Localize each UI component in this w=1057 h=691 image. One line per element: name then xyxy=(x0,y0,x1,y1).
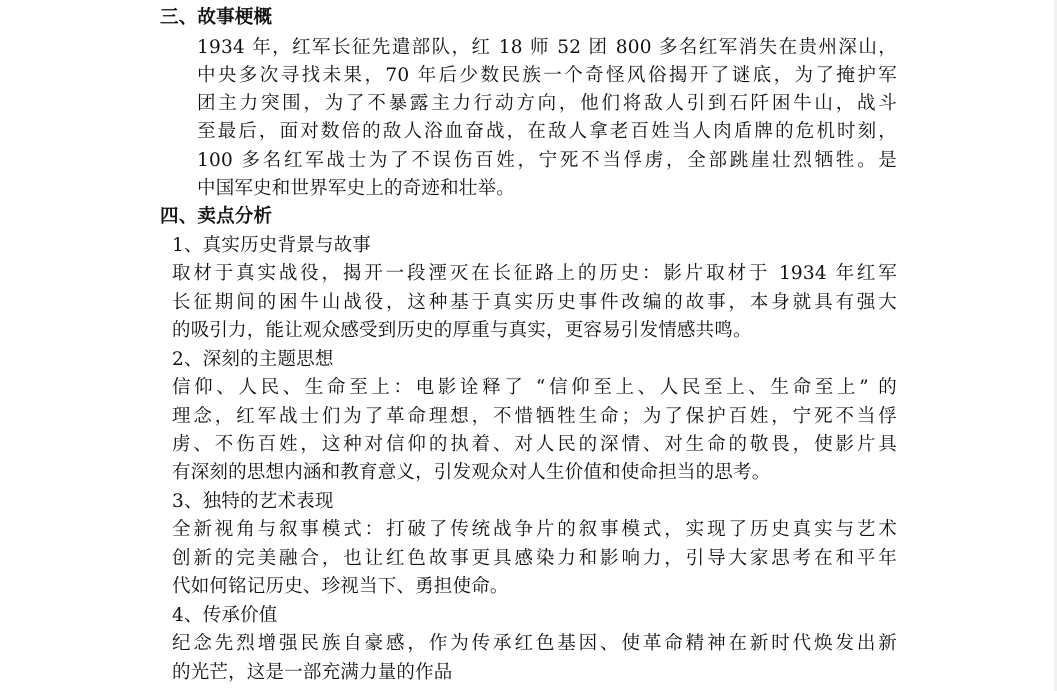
point-paragraph-line: 长征期间的困牛山战役，这种基于真实历史事件改编的故事，本身就具有强大 xyxy=(172,289,897,317)
point-paragraph-line: 代如何铭记历史、珍视当下、勇担使命。 xyxy=(172,573,897,601)
point-paragraph-line: 取材于真实战役，揭开一段湮灭在长征路上的历史：影片取材于 1934 年红军 xyxy=(172,260,897,288)
point-paragraph-line: 虏、不伤百姓，这种对信仰的执着、对人民的深情、对生命的敬畏，使影片具 xyxy=(172,431,897,459)
point-paragraph-line: 的吸引力，能让观众感受到历史的厚重与真实，更容易引发情感共鸣。 xyxy=(172,317,897,345)
synopsis-line: 中央多次寻找未果，70 年后少数民族一个奇怪风俗揭开了谜底，为了掩护军 xyxy=(197,62,897,90)
point-paragraph-line: 创新的完美融合，也让红色故事更具感染力和影响力，引导大家思考在和平年 xyxy=(172,545,897,573)
point-title: 4、传承价值 xyxy=(172,602,277,630)
synopsis-line: 1934 年，红军长征先遣部队，红 18 师 52 团 800 多名红军消失在贵… xyxy=(197,34,897,62)
point-title: 2、深刻的主题思想 xyxy=(172,346,334,374)
synopsis-line: 团主力突围，为了不暴露主力行动方向，他们将敌人引到石阡困牛山，战斗 xyxy=(197,90,897,118)
synopsis-line: 100 多名红军战士为了不误伤百姓，宁死不当俘虏，全部跳崖壮烈牺牲。是 xyxy=(197,147,897,175)
point-paragraph-line: 理念，红军战士们为了革命理想，不惜牺牲生命；为了保护百姓，宁死不当俘 xyxy=(172,403,897,431)
section-heading-selling-points: 四、卖点分析 xyxy=(160,203,272,231)
synopsis-line: 中国军史和世界军史上的奇迹和壮举。 xyxy=(197,175,897,203)
document-page: 三、故事梗概 1934 年，红军长征先遣部队，红 18 师 52 团 800 多… xyxy=(0,0,1054,691)
point-paragraph-line: 的光芒，这是一部充满力量的作品 xyxy=(172,659,897,687)
point-title: 3、独特的艺术表现 xyxy=(172,488,334,516)
point-paragraph-line: 纪念先烈增强民族自豪感，作为传承红色基因、使革命精神在新时代焕发出新 xyxy=(172,630,897,658)
synopsis-line: 至最后，面对数倍的敌人浴血奋战，在敌人拿老百姓当人肉盾牌的危机时刻， xyxy=(197,118,897,146)
point-paragraph-line: 全新视角与叙事模式：打破了传统战争片的叙事模式，实现了历史真实与艺术 xyxy=(172,516,897,544)
section-heading-story-synopsis: 三、故事梗概 xyxy=(160,4,272,32)
point-title: 1、真实历史背景与故事 xyxy=(172,232,371,260)
point-paragraph-line: 信仰、人民、生命至上：电影诠释了 “信仰至上、人民至上、生命至上” 的 xyxy=(172,374,897,402)
point-paragraph-line: 有深刻的思想内涵和教育意义，引发观众对人生价值和使命担当的思考。 xyxy=(172,459,897,487)
